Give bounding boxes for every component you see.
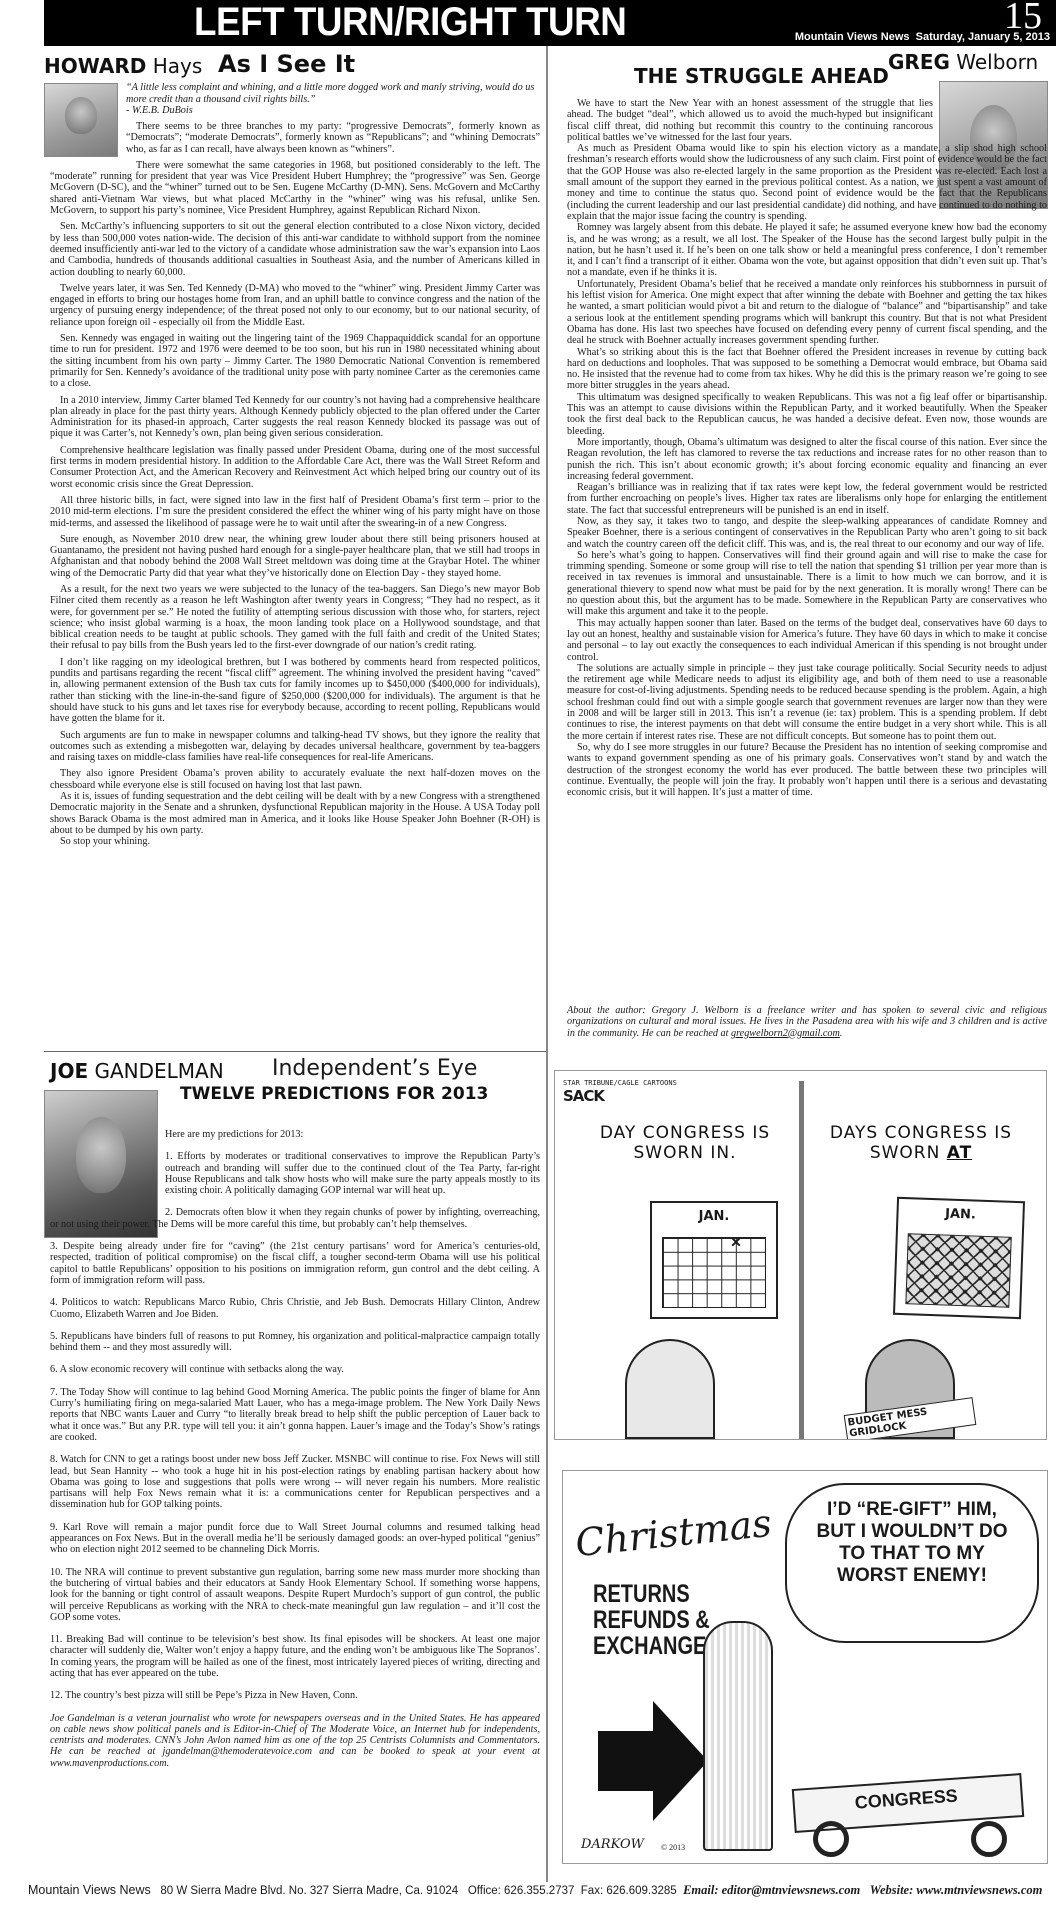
paragraph: Reagan’s brilliance was in realizing tha… <box>567 482 1047 516</box>
footer-website-link[interactable]: Website: www.mtnviewsnews.com <box>870 1883 1043 1897</box>
paragraph: Unfortunately, President Obama’s belief … <box>567 279 1047 347</box>
paragraph: Now, as they say, it takes two to tango,… <box>567 516 1047 550</box>
epigraph-attribution: - W.E.B. DuBois <box>126 105 540 117</box>
script-title: Christmas <box>573 1501 773 1565</box>
sign-line: REFUNDS & <box>593 1607 720 1633</box>
cartoon-signature: SACK <box>563 1087 604 1105</box>
byline-first: JOE <box>50 1059 88 1083</box>
prediction: 3. Despite being already under fire for … <box>50 1241 540 1286</box>
paragraph: They also ignore President Obama’s prove… <box>50 768 540 791</box>
paragraph: There were somewhat the same categories … <box>50 160 540 216</box>
paragraph: We have to start the New Year with an ho… <box>567 98 933 143</box>
sign-line: EXCHANGES <box>593 1633 720 1659</box>
caption-text: DAYS CONGRESS IS SWORN <box>830 1123 1012 1163</box>
footer: Mountain Views News 80 W Sierra Madre Bl… <box>28 1883 1056 1898</box>
footer-address: 80 W Sierra Madre Blvd. No. 327 Sierra M… <box>160 1885 458 1897</box>
cartoon-copyright: © 2013 <box>661 1843 685 1852</box>
paragraph: As it is, issues of funding sequestratio… <box>50 791 540 836</box>
author-bio: About the author: Gregory J. Welborn is … <box>567 1005 1047 1039</box>
article-title: THE STRUGGLE AHEAD <box>634 64 889 88</box>
byline-last: GANDELMAN <box>94 1059 223 1083</box>
issue-date: Saturday, January 5, 2013 <box>916 31 1050 43</box>
prediction: 5. Republicans have binders full of reas… <box>50 1331 540 1354</box>
paragraph: So, why do I see more struggles in our f… <box>567 742 1047 798</box>
prediction: 9. Karl Rove will remain a major pundit … <box>50 1522 540 1556</box>
paragraph: More importantly, though, Obama’s ultima… <box>567 437 1047 482</box>
cartoon-signature: DARKOW <box>581 1837 644 1852</box>
wagon-label: CONGRESS <box>854 1786 958 1814</box>
paragraph: Romney was largely absent from this deba… <box>567 222 1047 278</box>
sign-line: RETURNS <box>593 1581 720 1607</box>
calendar-month: JAN. <box>898 1205 1022 1224</box>
panel-divider <box>799 1081 804 1440</box>
welborn-byline: GREG Welborn <box>888 50 1038 74</box>
paragraph: In a 2010 interview, Jimmy Carter blamed… <box>50 395 540 440</box>
paragraph: So stop your whining. <box>50 836 540 847</box>
paragraph: There seems to be three branches to my p… <box>126 121 540 155</box>
byline-last: Hays <box>153 54 203 78</box>
calendar-x-mark: ✕ <box>730 1235 742 1252</box>
paragraph: As much as President Obama would like to… <box>567 143 1047 222</box>
cartoon-congress-sworn: STAR TRIBUNE/CAGLE CARTOONS SACK DAY CON… <box>554 1070 1047 1440</box>
prediction: 8. Watch for CNN to get a ratings boost … <box>50 1454 540 1510</box>
section-title: LEFT TURN/RIGHT TURN <box>194 0 626 46</box>
paragraph: Sure enough, as November 2010 drew near,… <box>50 534 540 579</box>
calendar-grid <box>662 1237 766 1308</box>
right-caption: DAYS CONGRESS IS SWORN AT <box>811 1123 1031 1163</box>
paragraph: Such arguments are fun to make in newspa… <box>50 730 540 764</box>
paragraph: All three historic bills, in fact, were … <box>50 495 540 529</box>
gandelman-body: Here are my predictions for 2013: 1. Eff… <box>50 1129 540 1774</box>
paragraph: What’s so striking about this is the fac… <box>567 347 1047 392</box>
paragraph: As a result, for the next two years we w… <box>50 584 540 652</box>
paragraph: This ultimatum was designed specifically… <box>567 392 1047 437</box>
prediction: 7. The Today Show will continue to lag b… <box>50 1387 540 1443</box>
prediction: 12. The country’s best pizza will still … <box>50 1690 540 1701</box>
byline-first: GREG <box>888 50 950 74</box>
cartoon-christmas-returns: Christmas RETURNS REFUNDS & EXCHANGES I’… <box>562 1470 1048 1864</box>
footer-publication: Mountain Views News <box>28 1883 151 1897</box>
paragraph: This may actually happen sooner than lat… <box>567 618 1047 663</box>
calendar-left: JAN. ✕ <box>650 1201 778 1319</box>
paragraph: Sen. McCarthy’s influencing supporters t… <box>50 221 540 277</box>
figure-woman <box>703 1621 773 1851</box>
column-divider <box>546 46 548 1882</box>
speech-bubble: I’D “RE-GIFT” HIM, BUT I WOULDN’T DO TO … <box>785 1483 1039 1643</box>
calendar-month: JAN. <box>652 1209 776 1224</box>
publication-name: Mountain Views News <box>795 31 910 43</box>
byline-last: Welborn <box>956 50 1038 74</box>
caption-emphasis: AT <box>947 1143 972 1163</box>
column-title: Independent’s Eye <box>272 1056 477 1081</box>
epigraph-text: “A little less complaint and whining, an… <box>126 82 540 105</box>
cartoon-credit: STAR TRIBUNE/CAGLE CARTOONS <box>563 1079 677 1087</box>
welborn-body: We have to start the New Year with an ho… <box>567 98 1047 798</box>
column-title: As I See It <box>218 50 355 78</box>
masthead: LEFT TURN/RIGHT TURN 15 Mountain Views N… <box>44 0 1056 46</box>
calendar-right: JAN. <box>893 1197 1025 1319</box>
left-caption: DAY CONGRESS IS SWORN IN. <box>575 1123 795 1163</box>
footer-fax: Fax: 626.609.3285 <box>581 1885 677 1897</box>
prediction: 4. Politicos to watch: Republicans Marco… <box>50 1297 540 1320</box>
prediction: 11. Breaking Bad will continue to be tel… <box>50 1634 540 1679</box>
prediction: 1. Efforts by moderates or traditional c… <box>165 1151 540 1196</box>
paragraph: Sen. Kennedy was engaged in waiting out … <box>50 333 540 389</box>
hays-byline: HOWARD Hays <box>44 54 202 78</box>
figure-calm <box>625 1339 715 1439</box>
byline-first: HOWARD <box>44 54 146 78</box>
wagon-wheel <box>813 1821 849 1857</box>
paragraph: The solutions are actually simple in pri… <box>567 663 1047 742</box>
author-bio: Joe Gandelman is a veteran journalist wh… <box>50 1713 540 1769</box>
wagon-wheel <box>971 1821 1007 1857</box>
article-title: TWELVE PREDICTIONS FOR 2013 <box>180 1084 488 1104</box>
calendar-grid-crossed <box>905 1233 1012 1307</box>
paragraph: I don’t like ragging on my ideological b… <box>50 657 540 725</box>
section-rule <box>44 1051 546 1052</box>
prediction: 10. The NRA will continue to prevent sub… <box>50 1567 540 1623</box>
footer-email-link[interactable]: Email: editor@mtnviewsnews.com <box>683 1883 860 1897</box>
author-email-link[interactable]: gregwelborn2@gmail.com <box>731 1028 840 1039</box>
epigraph: “A little less complaint and whining, an… <box>126 82 540 117</box>
hays-body: There seems to be three branches to my p… <box>50 121 540 848</box>
paragraph: Twelve years later, it was Sen. Ted Kenn… <box>50 283 540 328</box>
prediction: 2. Democrats often blow it when they reg… <box>50 1207 540 1230</box>
gandelman-byline: JOE GANDELMAN <box>50 1059 224 1083</box>
footer-phone: Office: 626.355.2737 <box>468 1885 575 1897</box>
paragraph: So here’s what’s going to happen. Conser… <box>567 550 1047 618</box>
dateline: Mountain Views News Saturday, January 5,… <box>795 31 1050 43</box>
intro: Here are my predictions for 2013: <box>165 1129 540 1140</box>
paragraph: Comprehensive healthcare legislation was… <box>50 445 540 490</box>
prediction: 6. A slow economic recovery will continu… <box>50 1364 540 1375</box>
returns-sign: RETURNS REFUNDS & EXCHANGES <box>593 1581 720 1659</box>
